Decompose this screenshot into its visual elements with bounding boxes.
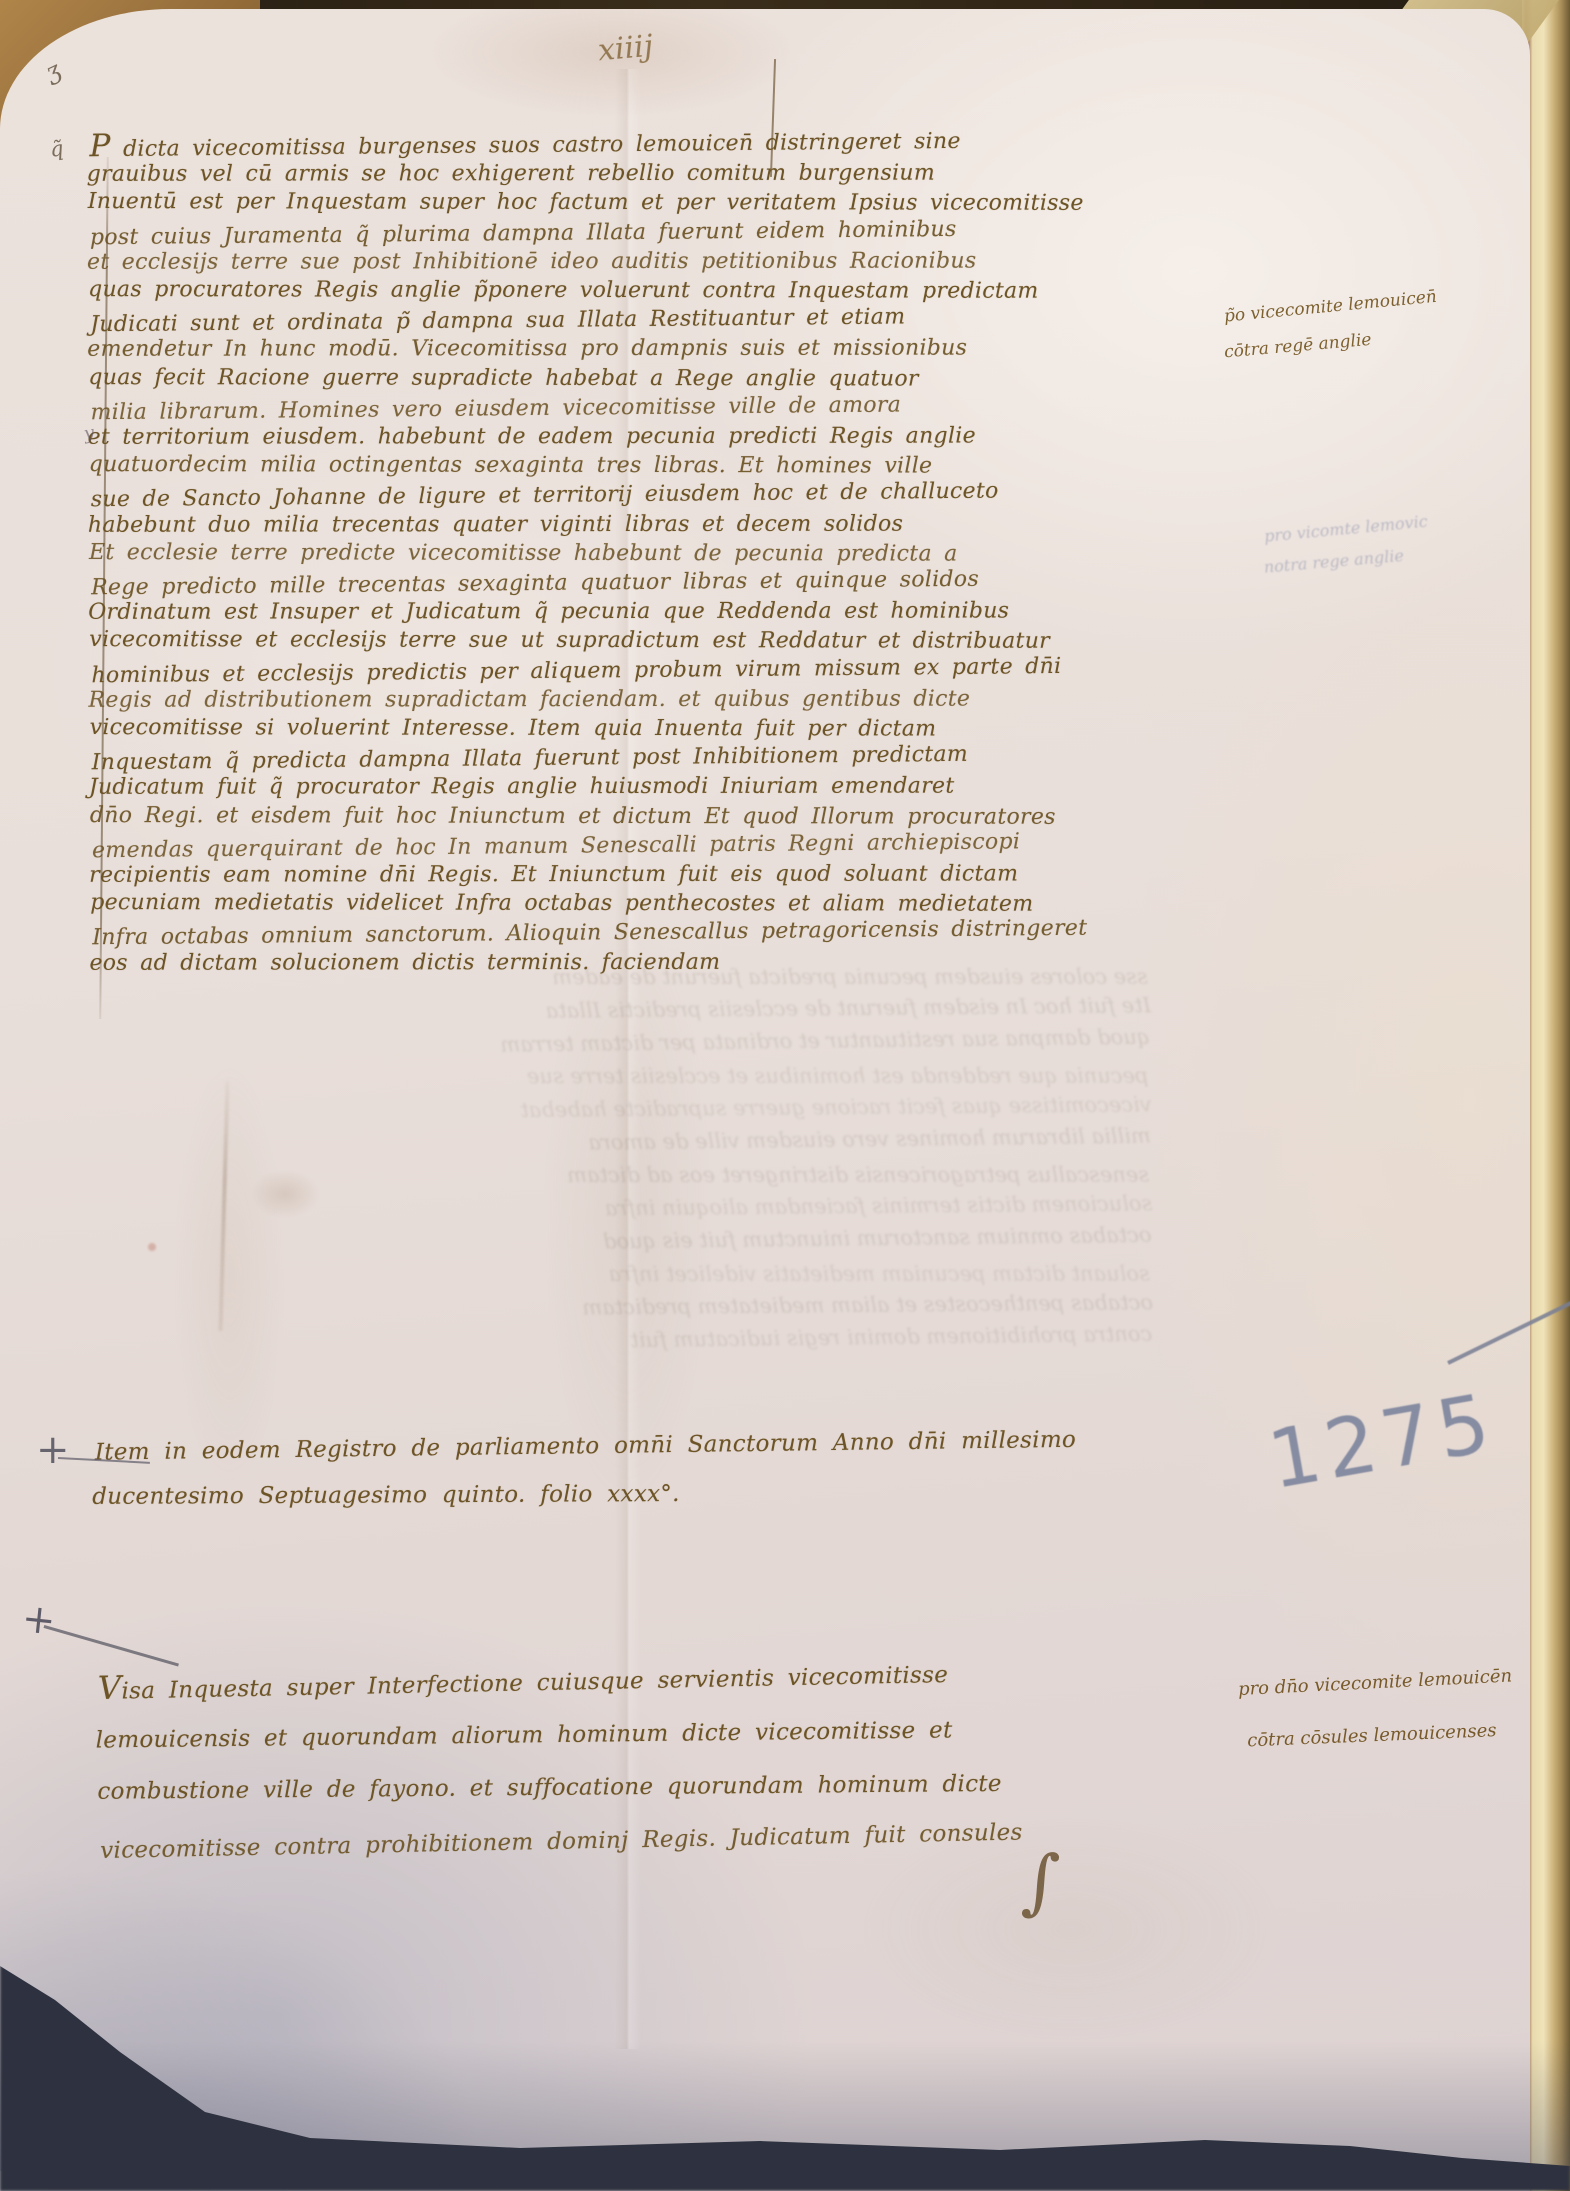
ink-flourish: ∫ (1020, 1838, 1062, 1924)
manuscript-line: et territorium eiusdem. habebunt de eade… (88, 421, 1188, 452)
ghost-line: senescallus petragoricensis distringeret… (109, 1159, 1149, 1193)
pencil-year-annotation: 1275 (1262, 1376, 1502, 1507)
main-text-block: P dicta vicecomitissa burgenses suos cas… (87, 125, 1190, 979)
edge-ink-squiggle: ʒ (41, 55, 65, 86)
margin-note-top-right: p̃o vicecomite lemouicen̄cōtra regē angl… (1219, 268, 1564, 371)
show-through-text: sse colores eiusdem pecunia predicta fue… (111, 957, 1154, 1360)
manuscript-line: eos ad dictam solucionem dictis terminis… (89, 947, 1189, 978)
margin-q-mark: q̃ (48, 136, 65, 162)
manuscript-line: recipientis eam nomine dn̄i Regis. Et In… (89, 859, 1189, 890)
manuscript-photo: xiiij sse colores eiusdem pecunia predic… (0, 0, 1570, 2191)
faint-pencil-note: pro vicomte lemovicnotra rege anglie (1260, 494, 1564, 584)
manuscript-line: Judicatum fuit q̃ procurator Regis angli… (89, 772, 1189, 803)
ghost-line: soluant dictam pecuniam medietatis videl… (110, 1258, 1150, 1292)
margin-cross-mark-2: + (20, 1595, 58, 1644)
manuscript-line: grauibus vel cū armis se hoc exhigerent … (87, 158, 1187, 189)
manuscript-line: et ecclesijs terre sue post Inhibitionē … (87, 246, 1187, 277)
manuscript-line: emendetur In hunc modū. Vicecomitissa pr… (87, 334, 1187, 365)
parchment-page: xiiij sse colores eiusdem pecunia predic… (0, 9, 1530, 2191)
manuscript-line: habebunt duo milia trecentas quater vigi… (88, 509, 1188, 540)
folio-number: xiiij (597, 29, 655, 69)
manuscript-line: Ordinatum est Insuper et Judicatum q̃ pe… (88, 596, 1188, 627)
manuscript-line: Regis ad distributionem supradictam faci… (88, 684, 1188, 715)
manuscript-line: ducentesimo Septuagesimo quinto. folio x… (92, 1467, 1262, 1522)
register-reference-paragraph: Item in eodem Registro de parliamento om… (92, 1417, 1263, 1523)
margin-note-bottom-right: pro dn̄o vicecomite lemouicēncōtra cōsul… (1234, 1648, 1568, 1768)
ghost-line: pecunia que reddenda est hominibus et ec… (108, 1060, 1148, 1094)
margin-cross-mark-1: + (36, 1427, 70, 1473)
